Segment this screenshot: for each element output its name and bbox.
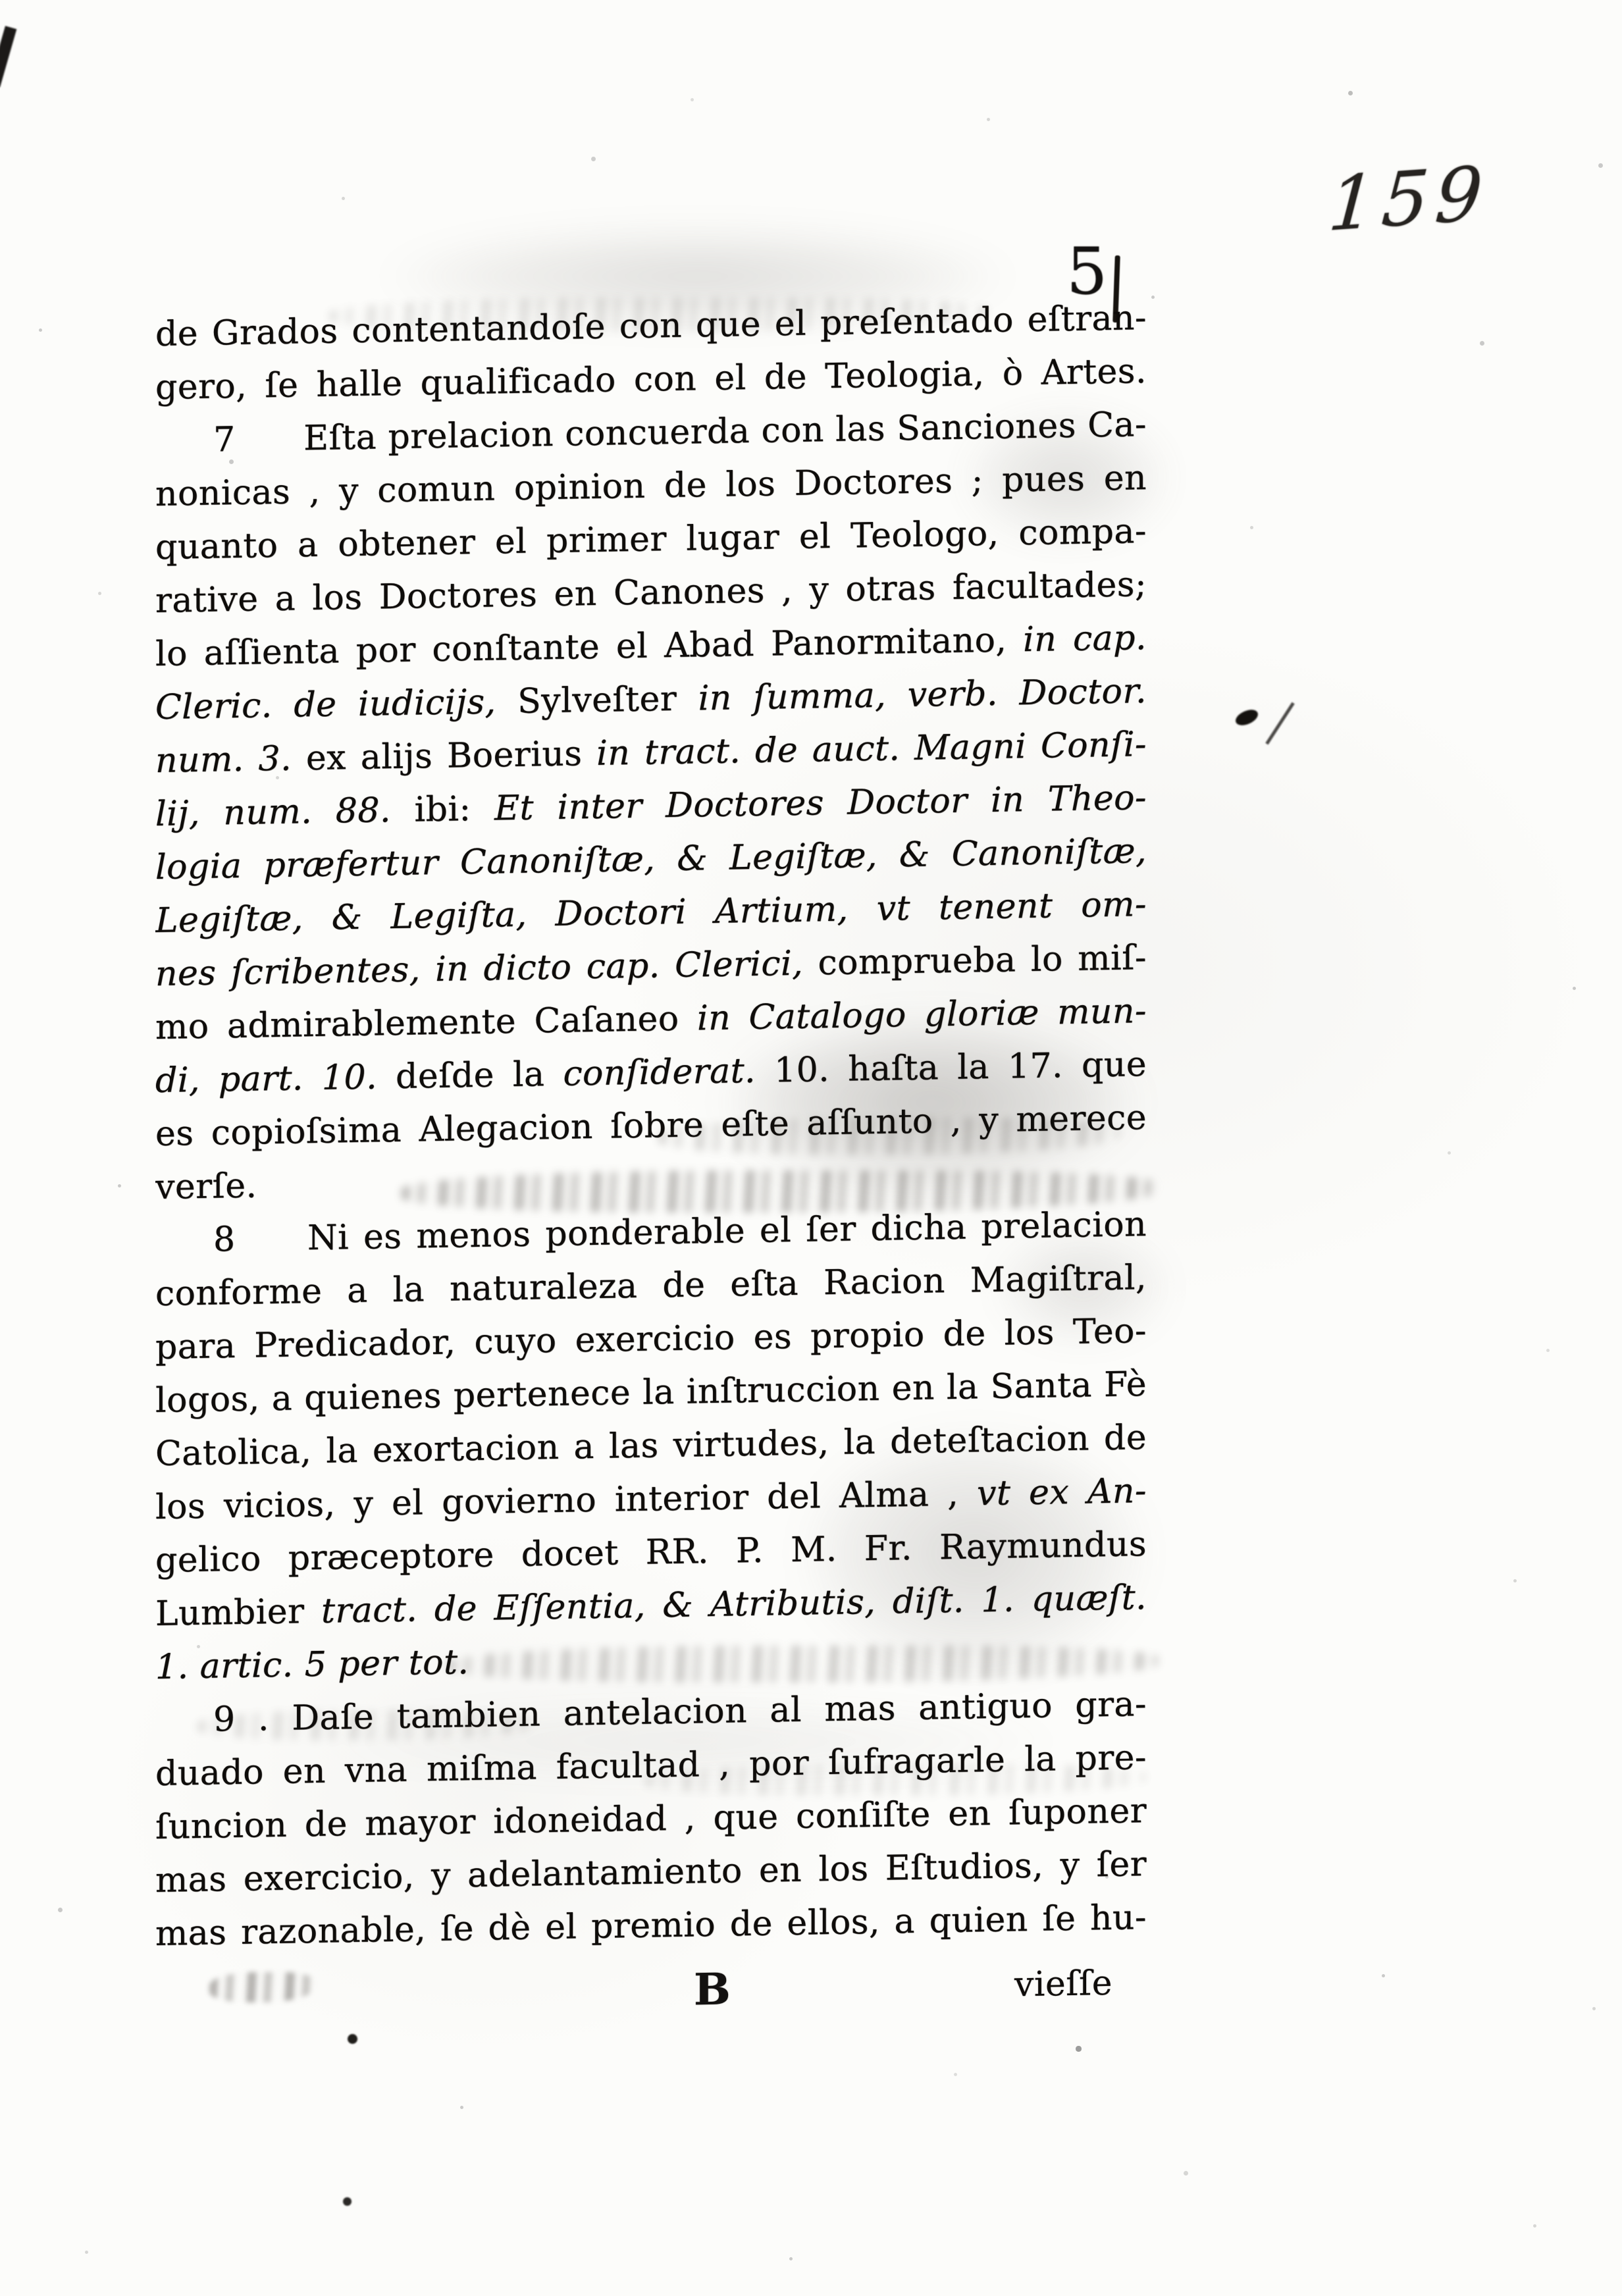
body-text: gero, ſe halle qualificado con el de Teo… — [155, 352, 1147, 407]
latin-citation-text: Cleric. de iudicijs, — [155, 682, 517, 727]
body-text: gelico præceptore docet RR. P. M. Fr. Ra… — [155, 1525, 1147, 1580]
body-text: Lumbier — [155, 1592, 321, 1634]
body-text: conforme a la naturaleza de eſta Racion … — [155, 1258, 1147, 1314]
body-text: ſuncion de mayor idoneidad , que conſiſt… — [155, 1791, 1147, 1847]
body-text: comprueba lo miſ- — [818, 938, 1147, 983]
body-text: 8 Ni es menos ponderable el ſer dicha pr… — [213, 1205, 1147, 1260]
body-text: ex alijs Boerius — [306, 734, 596, 778]
ink-blot — [1233, 707, 1260, 729]
body-text: Catolica, la exortacion a las virtudes, … — [155, 1418, 1147, 1474]
body-text: 10. haſta la 17. que — [774, 1045, 1147, 1090]
latin-citation-text: Et inter Doctores Doctor in Theo- — [494, 778, 1147, 828]
body-text: mas razonable, ſe dè el premio de ellos,… — [155, 1898, 1147, 1954]
body-text: 7 Eſta prelacion concuerda con las Sanci… — [213, 405, 1147, 460]
body-text: duado en vna miſma facultad , por ſufrag… — [155, 1738, 1147, 1794]
latin-citation-text: di, part. 10. — [155, 1057, 396, 1101]
body-text: logos, a quienes pertenece la inſtruccio… — [155, 1365, 1147, 1421]
body-text: Sylveſter — [517, 679, 698, 721]
text-block: de Grados contentandoſe con que el preſe… — [155, 292, 1147, 2033]
scan-specks — [0, 0, 2, 2]
body-text: mas exercicio, y adelantamiento en los E… — [155, 1844, 1147, 1900]
pen-slash-mark — [1265, 702, 1294, 745]
body-text: deſde la — [396, 1055, 563, 1097]
latin-citation-text: conſiderat. — [563, 1051, 774, 1093]
body-text: mo admirablemente Caſaneo — [155, 999, 697, 1047]
handwritten-folio-number: 159 — [1326, 151, 1492, 248]
body-text: rative a los Doctores en Canones , y otr… — [155, 565, 1147, 621]
body-text: 9 . Daſe tambien antelacion al mas antig… — [213, 1684, 1147, 1740]
latin-citation-text: Legiſtæ, & Legiſta, Doctori Artium, vt t… — [155, 885, 1147, 941]
scanned-book-page: 159 5 de Grados contentandoſe con que el… — [0, 0, 1622, 2296]
ink-speck — [343, 2197, 352, 2206]
body-text: verſe. — [155, 1166, 257, 1207]
latin-citation-text: nes ſcribentes, in dicto cap. Clerici, — [155, 943, 818, 994]
page-edge-mark — [0, 26, 16, 87]
body-text: lo aſſienta por conſtante el Abad Panorm… — [155, 620, 1023, 674]
latin-citation-text: in cap. — [1023, 618, 1147, 660]
body-text: para Predicador, cuyo exercicio es propi… — [155, 1311, 1147, 1367]
signature-line: B vieſſe — [155, 1954, 1147, 2033]
latin-citation-text: in tract. de auct. Magni Conſi- — [596, 725, 1147, 773]
gathering-signature-mark: B — [694, 1964, 731, 2016]
latin-citation-text: num. 3. — [155, 739, 306, 781]
latin-citation-text: logia præfertur Canoniſtæ, & Legiſtæ, & … — [155, 831, 1147, 887]
ink-speck — [348, 2034, 357, 2044]
body-text: ibi: — [415, 789, 495, 829]
latin-citation-text: tract. de Eſſentia, & Atributis, diſt. 1… — [321, 1578, 1147, 1631]
latin-citation-text: 1. artic. 5 per tot. — [155, 1642, 469, 1687]
latin-citation-text: vt ex An- — [977, 1471, 1147, 1513]
body-text: es copioſsima Alegacion ſobre eſte aſſun… — [155, 1098, 1147, 1154]
body-text: nonicas , y comun opinion de los Doctore… — [155, 458, 1147, 514]
latin-citation-text: in Catalogo gloriæ mun- — [697, 991, 1147, 1038]
body-text: los vicios, y el govierno interior del A… — [155, 1474, 977, 1527]
catchword: vieſſe — [1014, 1964, 1112, 2004]
latin-citation-text: in ſumma, verb. Doctor. — [698, 671, 1147, 718]
body-text: quanto a obtener el primer lugar el Teol… — [155, 511, 1147, 567]
latin-citation-text: lij, num. 88. — [155, 790, 415, 834]
body-text: de Grados contentandoſe con que el preſe… — [155, 298, 1147, 354]
